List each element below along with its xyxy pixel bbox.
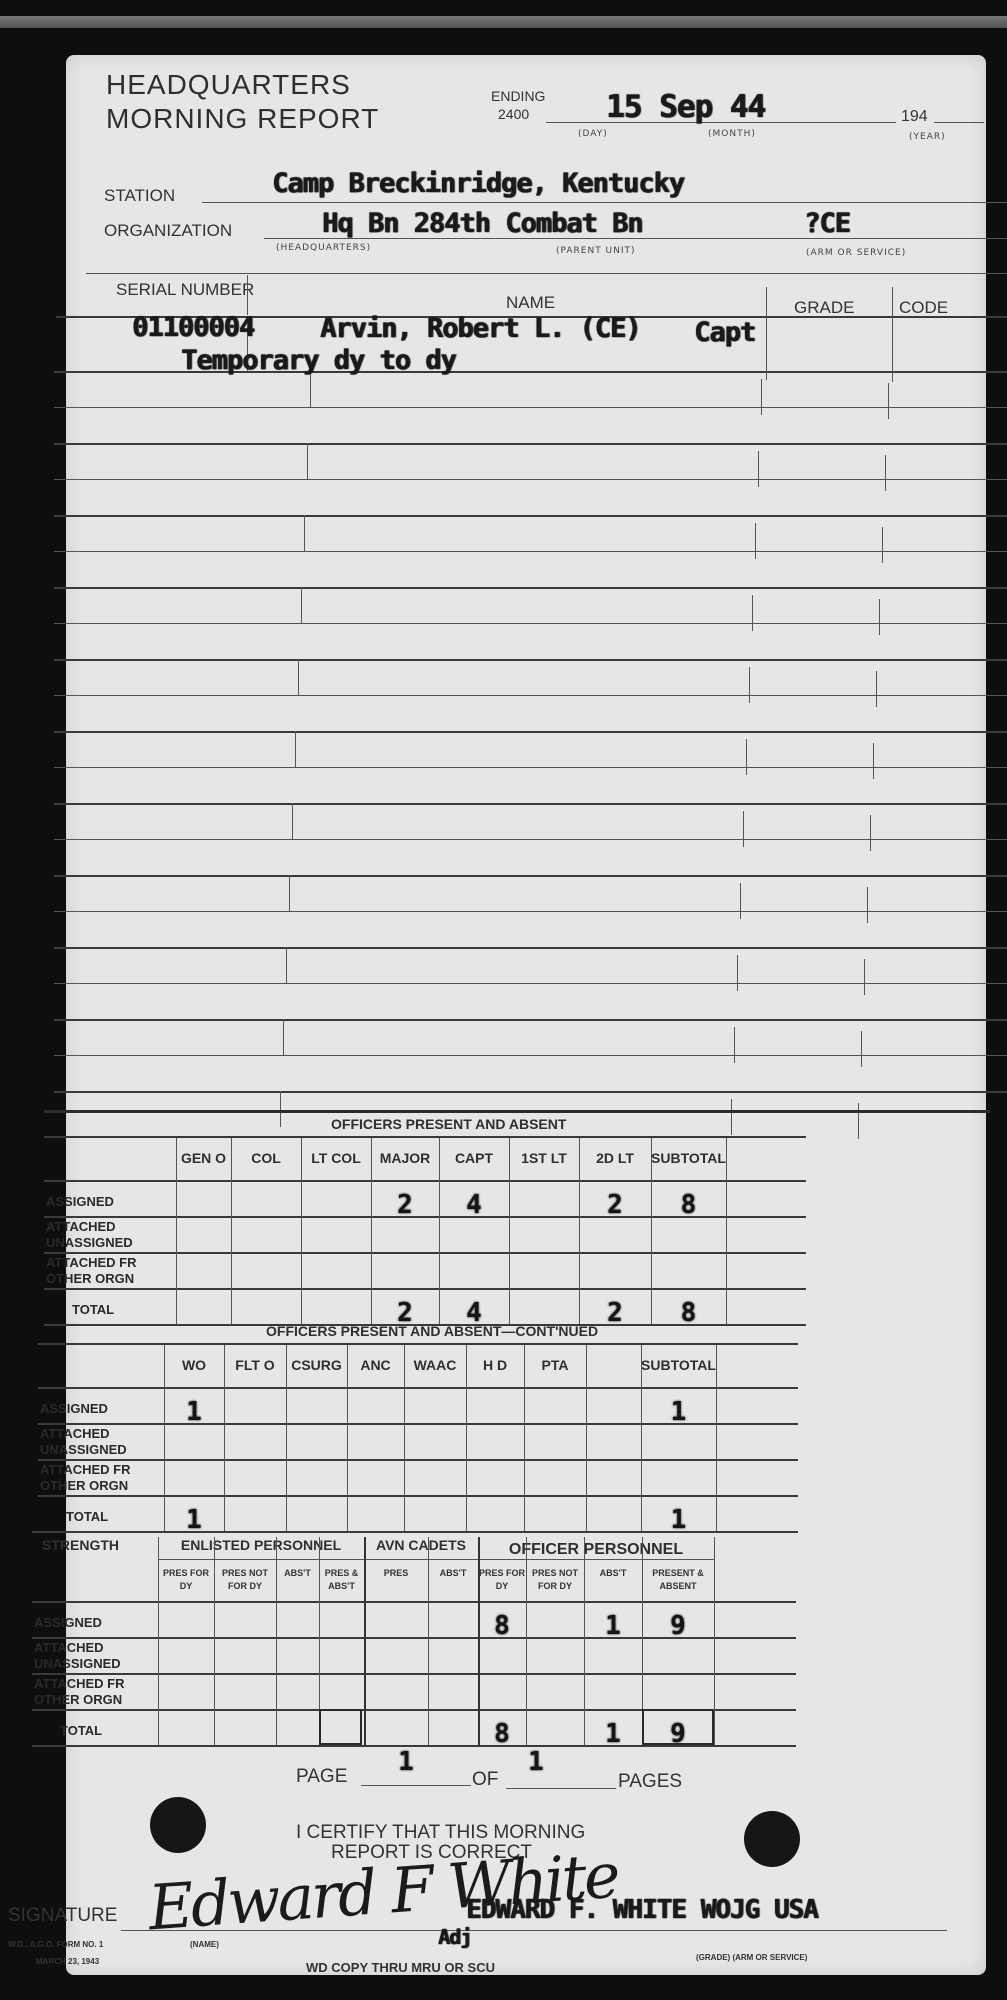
column-header: COL [231,1150,301,1166]
column-header: PRES FOR DY [478,1567,526,1593]
column-group-header: ENLISTED PERSONNEL [158,1537,364,1553]
column-header: CSURG [286,1357,347,1373]
column-header: PRES [364,1567,428,1580]
handwritten-signature: Edward F White [146,1839,620,1945]
copy-note: WD COPY THRU MRU OR SCU [306,1960,495,1975]
column-header: CAPT [439,1150,509,1166]
film-edge [0,16,1007,28]
ending-time: 2400 [498,106,529,122]
row-label: ASSIGNED [46,1194,172,1210]
column-header: PRES FOR DY [158,1567,214,1593]
column-header: MAJOR [371,1150,439,1166]
column-header: PRES & ABS'T [319,1567,364,1593]
form-id-line2: MARCH 23, 1943 [36,1955,99,1968]
entry-grade: Capt [694,317,755,348]
day-caption: (DAY) [578,129,608,139]
organization-value: Hq Bn 284th Combat Bn [322,208,642,239]
parent-unit-caption: (PARENT UNIT) [556,246,636,256]
col-code: CODE [899,298,948,318]
row-label: ATTACHED FR OTHER ORGN [40,1462,160,1494]
column-header: SUBTOTAL [651,1150,726,1166]
col-serial-number: SERIAL NUMBER [116,280,254,300]
arm-caption: (ARM OR SERVICE) [806,248,906,258]
table-title: OFFICERS PRESENT AND ABSENT—CONT'NUED [266,1323,598,1339]
col-name: NAME [506,293,555,313]
form-title-line1: HEADQUARTERS [106,69,351,101]
signature-label: SIGNATURE [8,1905,117,1927]
year-prefix: 194 [901,108,928,126]
column-header: ABS'T [428,1567,478,1580]
station-value: Camp Breckinridge, Kentucky [272,168,684,199]
column-header: ABS'T [584,1567,642,1580]
arm-value: ?CE [804,208,850,239]
form-title-line2: MORNING REPORT [106,103,379,135]
total-box-enlisted [319,1709,362,1745]
row-label: ATTACHED UNASSIGNED [46,1219,172,1251]
station-label: STATION [104,186,175,206]
row-label: ATTACHED FR OTHER ORGN [46,1255,172,1287]
col-grade: GRADE [794,298,854,318]
signer-typed-name: EDWARD F. WHITE WOJG USA [466,1895,818,1925]
column-header: FLT O [224,1357,286,1373]
column-header: WO [164,1357,224,1373]
total-box-officer [642,1709,714,1745]
page-current: 1 [386,1747,426,1777]
column-header: 1ST LT [509,1150,579,1166]
column-header: ANC [347,1357,404,1373]
pages-label: PAGES [618,1771,682,1793]
row-label: ATTACHED FR OTHER ORGN [34,1676,154,1708]
of-label: OF [472,1769,498,1791]
row-label: ATTACHED UNASSIGNED [40,1426,160,1458]
entry-remark: Temporary dy to dy [181,345,456,376]
grade-caption: (GRADE) (ARM OR SERVICE) [696,1951,807,1964]
column-header: ABS'T [276,1567,319,1580]
row-label: ATTACHED UNASSIGNED [34,1640,154,1672]
column-header: PTA [524,1357,586,1373]
year-caption: (YEAR) [909,132,946,142]
row-label: ASSIGNED [40,1401,160,1417]
column-header: SUBTOTAL [641,1357,716,1373]
column-header: PRESENT & ABSENT [642,1567,714,1593]
entry-name: Arvin, Robert L. (CE) [320,313,640,344]
column-header: GEN O [176,1150,231,1166]
column-header: PRES NOT FOR DY [526,1567,584,1593]
morning-report-form: HEADQUARTERS MORNING REPORT ENDING 2400 … [66,55,986,1975]
column-header: PRES NOT FOR DY [214,1567,276,1593]
page-label: PAGE [296,1766,347,1788]
column-header: H D [466,1357,524,1373]
row-label: ASSIGNED [34,1615,154,1631]
punch-hole-right [744,1811,800,1867]
column-header: WAAC [404,1357,466,1373]
column-header: LT COL [301,1150,371,1166]
organization-label: ORGANIZATION [104,221,232,241]
headquarters-caption: (HEADQUARTERS) [276,243,371,253]
column-group-header: AVN CADETS [364,1537,478,1553]
signer-role: Adj [438,1925,471,1949]
column-group-header: OFFICER PERSONNEL [478,1541,714,1559]
report-date: 15 Sep 44 [606,89,765,125]
page-total: 1 [516,1747,556,1777]
form-id-line1: W.D., A.G.O. FORM NO. 1 [8,1938,103,1951]
column-header: 2D LT [579,1150,651,1166]
ending-label: ENDING [491,88,545,104]
month-caption: (MONTH) [708,129,756,139]
table-title: OFFICERS PRESENT AND ABSENT [331,1116,566,1132]
certify-line1: I CERTIFY THAT THIS MORNING [296,1822,585,1844]
strength-title: STRENGTH [42,1537,119,1553]
name-caption: (NAME) [190,1938,219,1951]
entry-serial: 01100004 [132,312,254,343]
punch-hole-left [150,1797,206,1853]
